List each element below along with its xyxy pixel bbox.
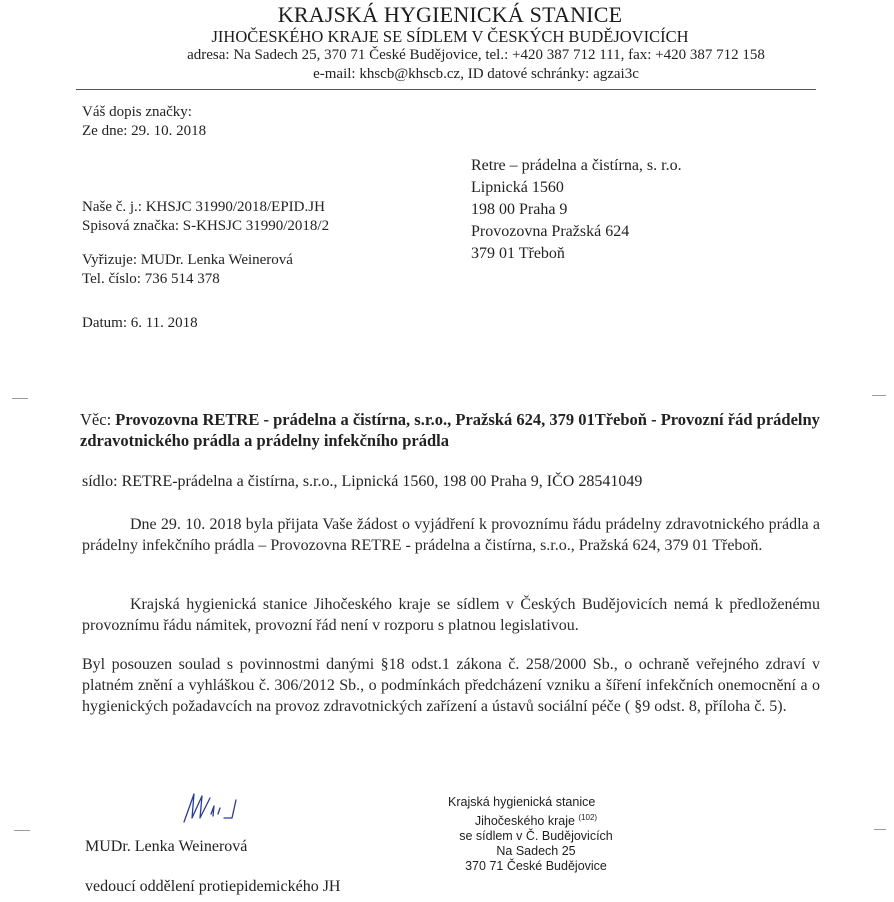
contact-block: Vyřizuje: MUDr. Lenka Weinerová Tel. čís…: [82, 251, 293, 289]
scan-margin-mark: [12, 398, 28, 399]
your-letter-reference: Váš dopis značky: Ze dne: 29. 10. 2018: [82, 103, 206, 141]
subject-label: Věc:: [80, 410, 115, 429]
recipient-line: 379 01 Třeboň: [471, 243, 682, 265]
paragraph-text: Dne 29. 10. 2018 byla přijata Vaše žádos…: [82, 516, 820, 554]
our-ref-number: Naše č. j.: KHSJC 31990/2018/EPID.JH: [82, 198, 329, 217]
stamp-line: 370 71 České Budějovice: [446, 859, 626, 874]
subject-line: Věc: Provozovna RETRE - prádelna a čistí…: [80, 409, 860, 451]
scan-margin-mark: [874, 829, 886, 830]
recipient-line: 198 00 Praha 9: [471, 199, 682, 221]
letterhead-divider: [76, 89, 816, 90]
paragraph-text: Byl posouzen soulad s povinnostmi danými…: [82, 656, 820, 715]
recipient-address: Retre – prádelna a čistírna, s. r.o. Lip…: [471, 155, 682, 265]
your-letter-label: Váš dopis značky:: [82, 103, 206, 122]
body-paragraph: Krajská hygienická stanice Jihočeského k…: [82, 594, 820, 636]
your-letter-date: Ze dne: 29. 10. 2018: [82, 122, 206, 141]
letterhead-subtitle: JIHOČESKÉHO KRAJE SE SÍDLEM V ČESKÝCH BU…: [150, 27, 750, 47]
stamp-line: Krajská hygienická stanice: [448, 795, 626, 810]
stamp-line: Na Sadech 25: [446, 844, 626, 859]
official-stamp: Krajská hygienická stanice Jihočeského k…: [446, 795, 626, 874]
handled-by: Vyřizuje: MUDr. Lenka Weinerová: [82, 251, 293, 270]
phone-number: Tel. číslo: 736 514 378: [82, 270, 293, 289]
scan-margin-mark: [872, 395, 886, 396]
scan-margin-mark: [14, 830, 30, 831]
paragraph-text: Krajská hygienická stanice Jihočeského k…: [82, 596, 820, 634]
stamp-line-text: Jihočeského kraje: [475, 814, 575, 828]
signer-role: vedoucí oddělení protiepidemického JH: [85, 878, 340, 896]
recipient-line: Lipnická 1560: [471, 177, 682, 199]
recipient-line: Provozovna Pražská 624: [471, 221, 682, 243]
letter-date: Datum: 6. 11. 2018: [82, 314, 198, 333]
letterhead-title: KRAJSKÁ HYGIENICKÁ STANICE: [150, 2, 750, 28]
stamp-line: Jihočeského kraje (102): [446, 810, 626, 829]
stamp-line: se sídlem v Č. Budějovicích: [446, 829, 626, 844]
letterhead-email: e-mail: khscb@khscb.cz, ID datové schrán…: [126, 66, 826, 83]
recipient-line: Retre – prádelna a čistírna, s. r.o.: [471, 155, 682, 177]
handwritten-signature-icon: [180, 788, 240, 826]
our-reference: Naše č. j.: KHSJC 31990/2018/EPID.JH Spi…: [82, 198, 329, 236]
registered-seat: sídlo: RETRE-prádelna a čistírna, s.r.o.…: [82, 473, 642, 491]
stamp-number: (102): [578, 813, 597, 822]
file-mark: Spisová značka: S-KHSJC 31990/2018/2: [82, 217, 329, 236]
letterhead-address: adresa: Na Sadech 25, 370 71 České Buděj…: [126, 47, 826, 64]
signer-name: MUDr. Lenka Weinerová: [85, 838, 247, 856]
subject-text: Provozovna RETRE - prádelna a čistírna, …: [80, 410, 820, 450]
body-paragraph: Byl posouzen soulad s povinnostmi danými…: [82, 654, 820, 717]
body-paragraph: Dne 29. 10. 2018 byla přijata Vaše žádos…: [82, 514, 820, 556]
